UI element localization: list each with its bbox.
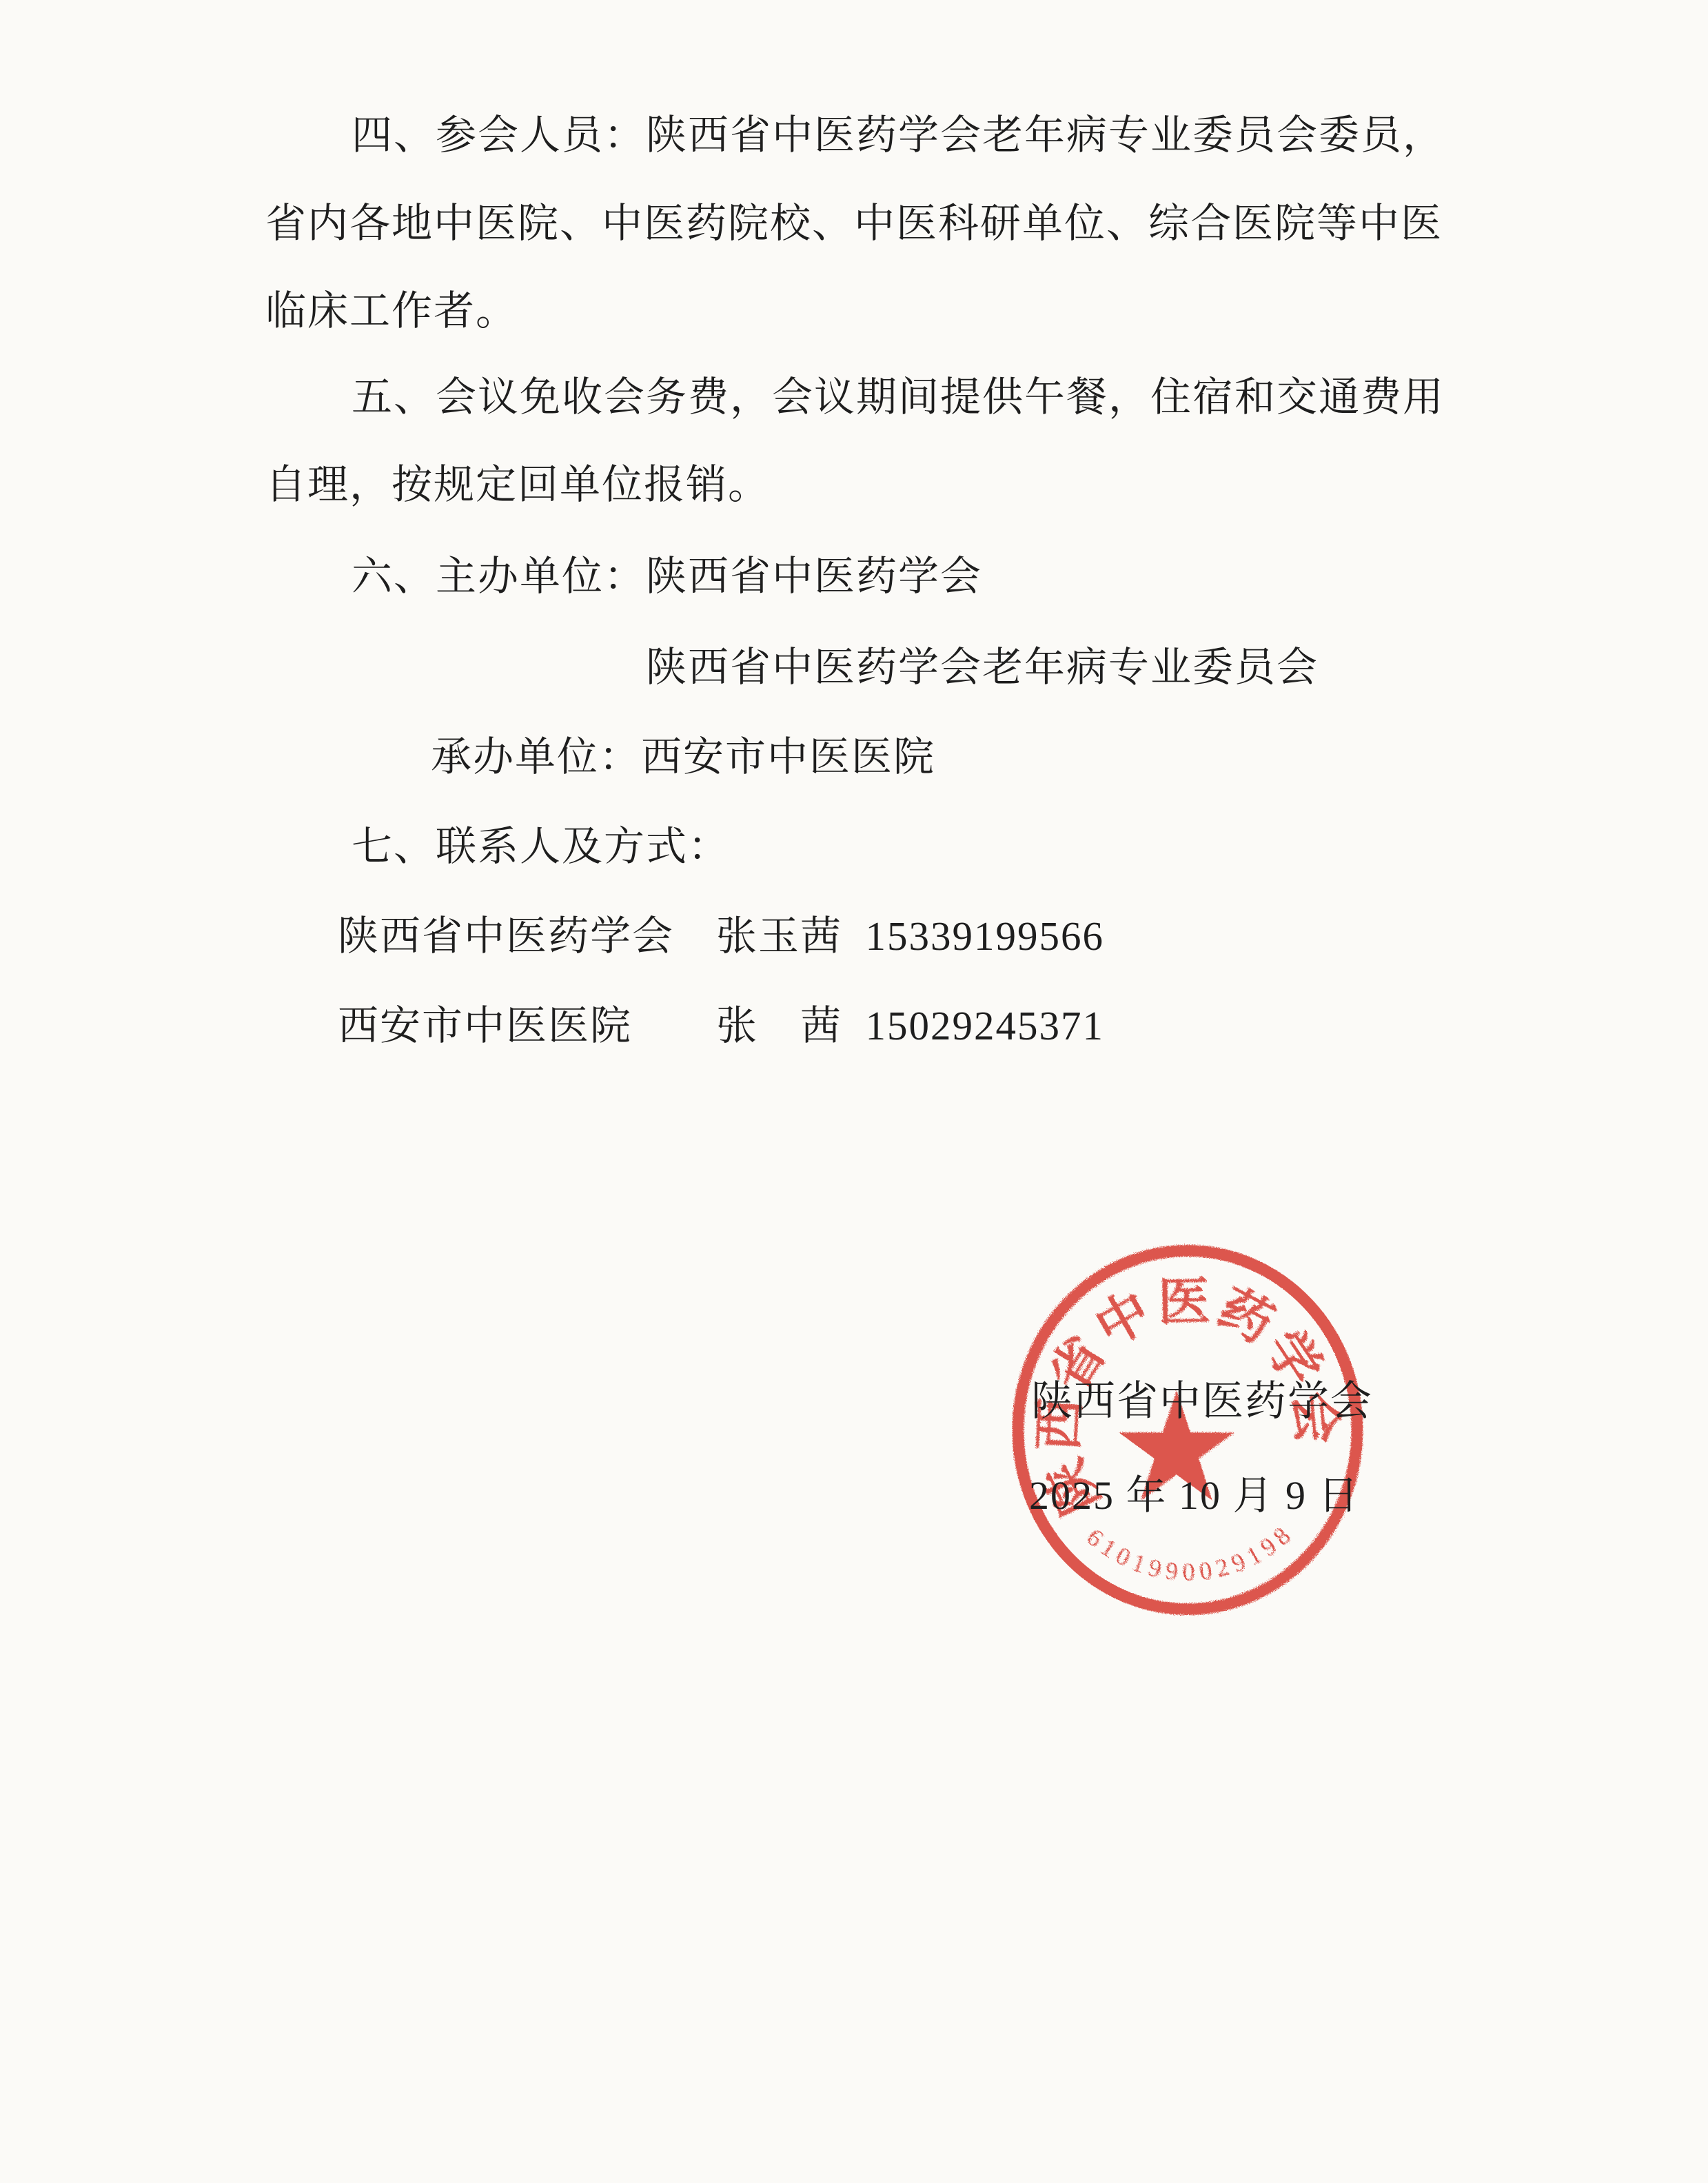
body-line-participants: 四、参会人员：陕西省中医药学会老年病专业委员会委员， xyxy=(352,102,1445,161)
body-line-contact-1: 陕西省中医药学会 张玉茜 15339199566 xyxy=(338,903,1104,962)
document-page: 四、参会人员：陕西省中医药学会老年病专业委员会委员， 省内各地中医院、中医药院校… xyxy=(0,0,1708,2183)
body-line: 省内各地中医院、中医药院校、中医科研单位、综合医院等中医 xyxy=(265,190,1443,249)
body-line-organizer: 承办单位：西安市中医医院 xyxy=(431,724,935,782)
body-line-host-org: 六、主办单位：陕西省中医药学会 xyxy=(352,543,982,602)
body-line-contact-2: 西安市中医医院 张 茜 15029245371 xyxy=(338,993,1104,1051)
seal-code: 6101990029198 xyxy=(1081,1519,1299,1586)
body-line: 自理，按规定回单位报销。 xyxy=(265,451,770,510)
signature-org: 陕西省中医药学会 xyxy=(1031,1368,1373,1428)
svg-text:6101990029198: 6101990029198 xyxy=(1081,1519,1299,1586)
body-line-host-org-2: 陕西省中医药学会老年病专业委员会 xyxy=(646,634,1319,693)
signature-date: 2025 年 10 月 9 日 xyxy=(1029,1463,1360,1521)
body-line-contacts-head: 七、联系人及方式： xyxy=(352,813,730,872)
official-seal: 陕西省中医药学会 6101990029198 xyxy=(1012,1242,1363,1618)
body-line-fees: 五、会议免收会务费，会议期间提供午餐，住宿和交通费用 xyxy=(352,364,1445,423)
body-line: 临床工作者。 xyxy=(265,278,518,336)
